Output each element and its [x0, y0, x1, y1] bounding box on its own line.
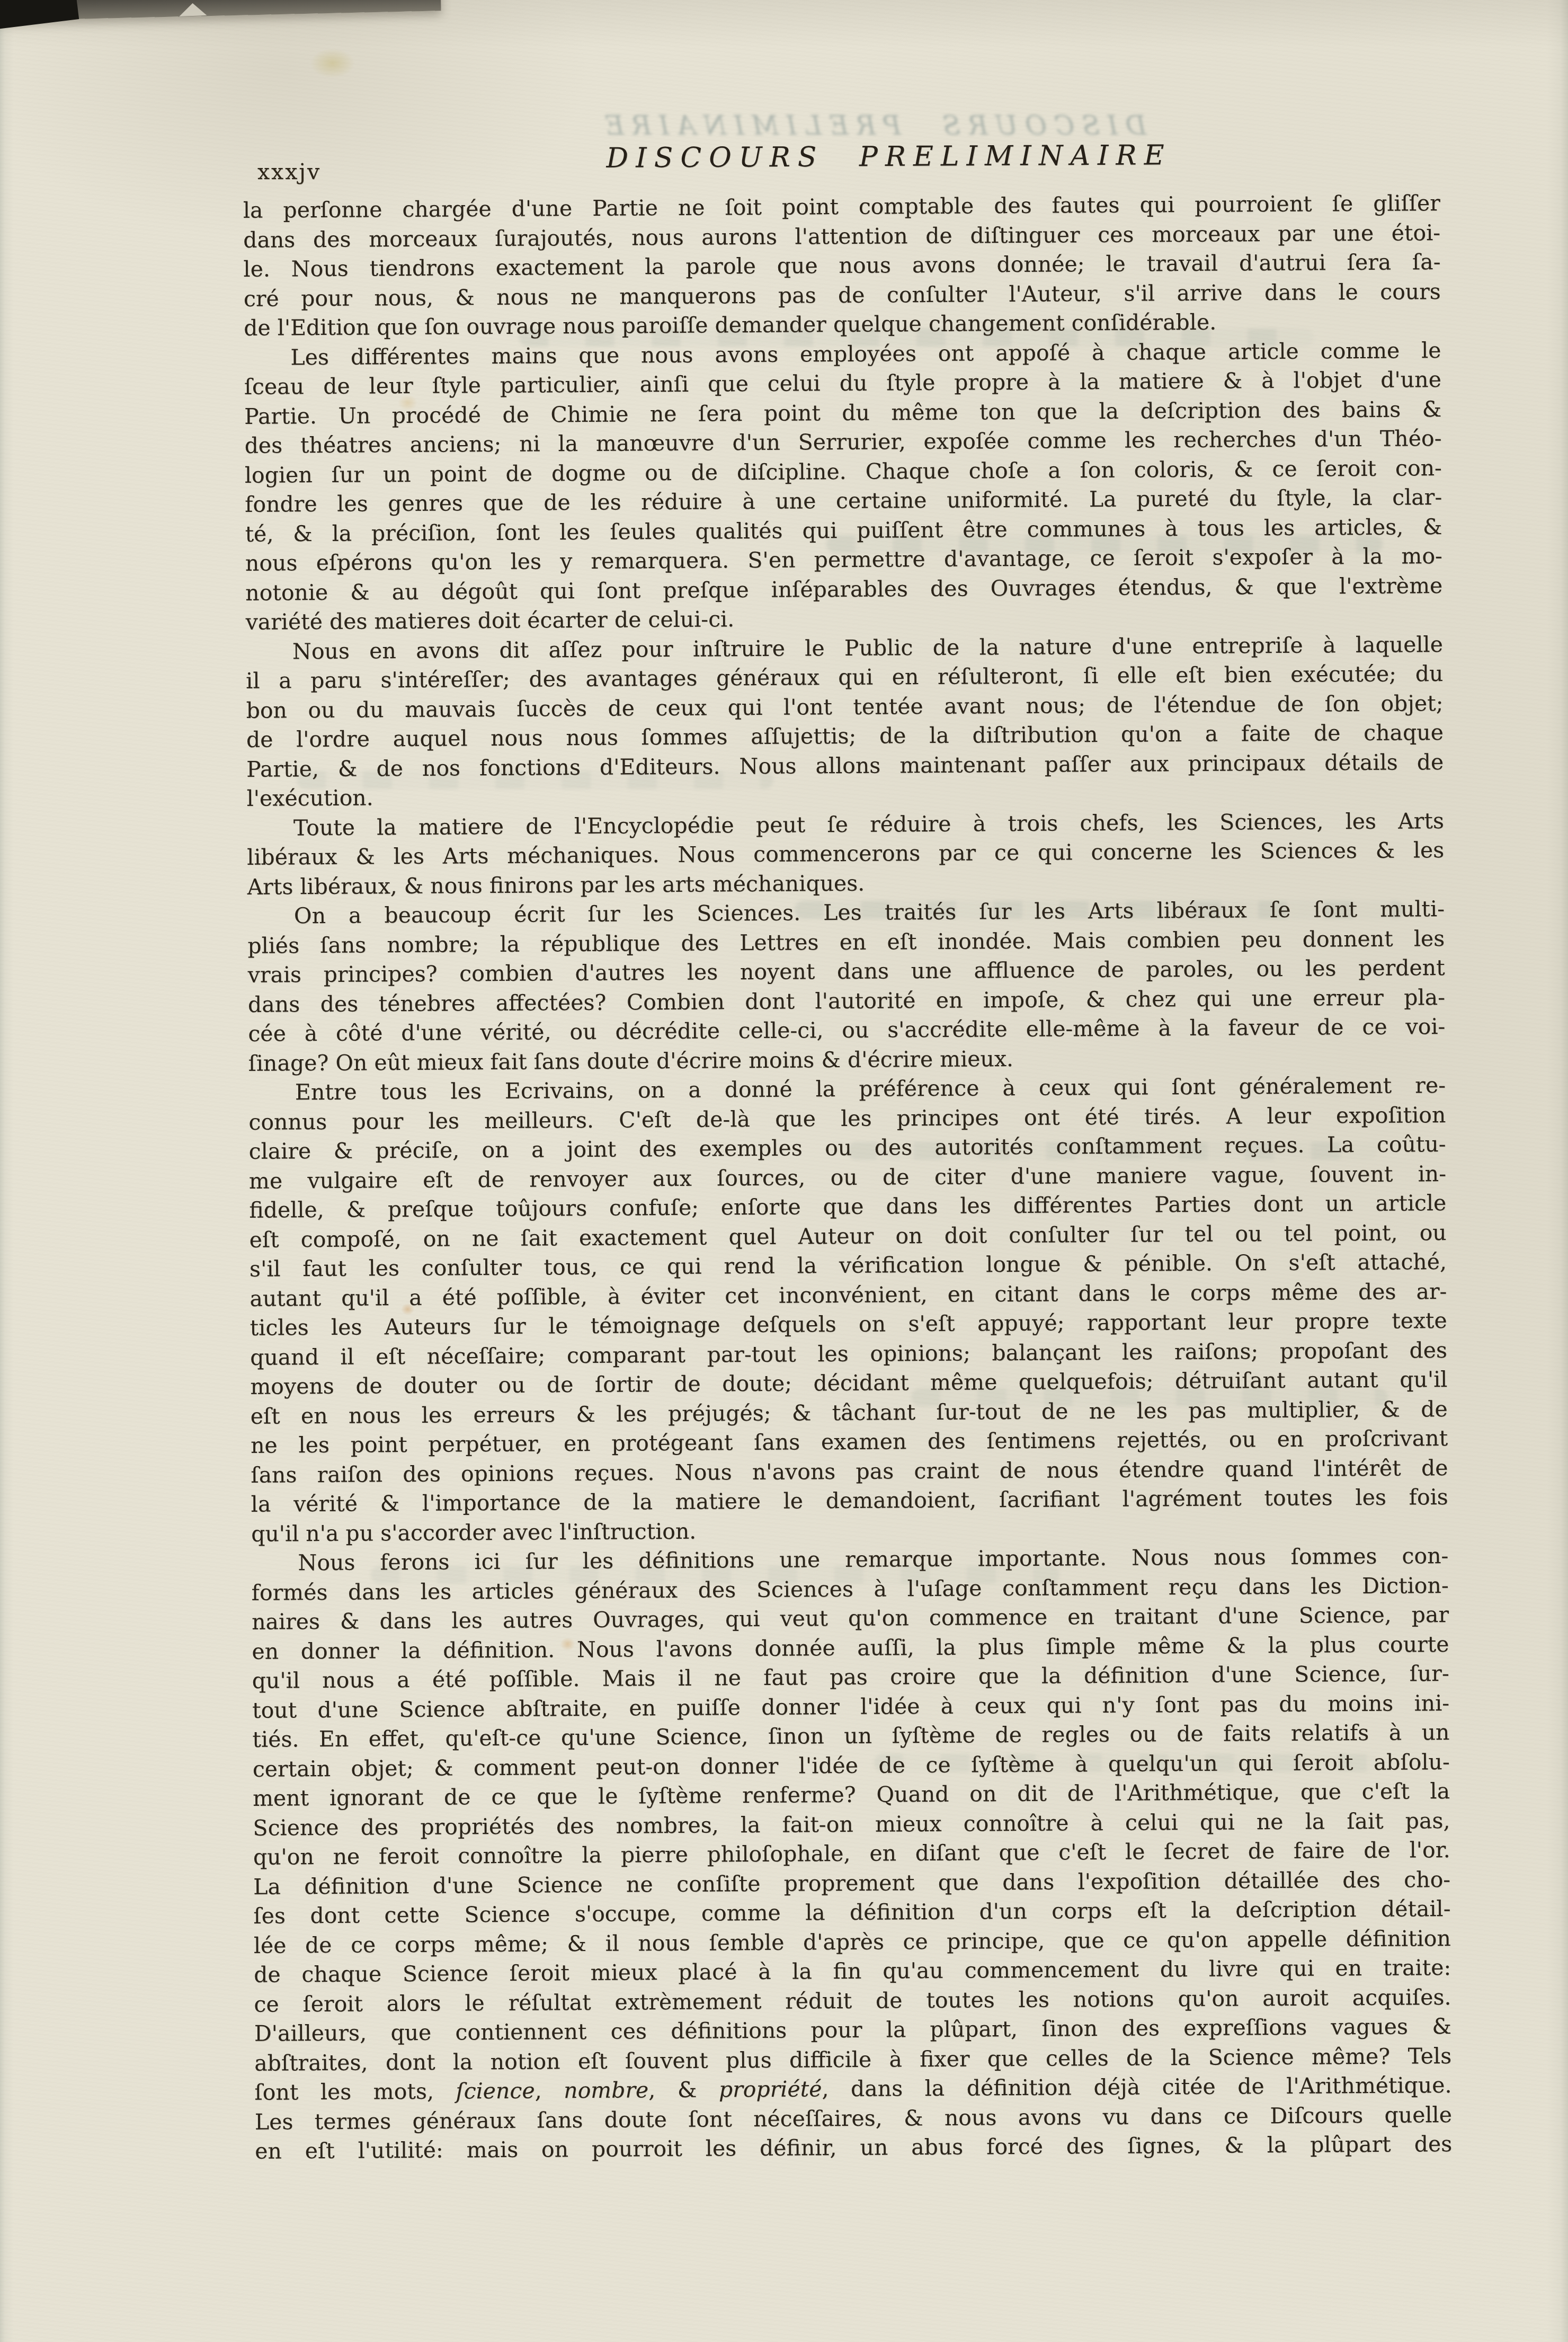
paragraph: Les différentes mains que nous avons emp…	[244, 336, 1442, 637]
book-page-scan: DISCOURS PRELIMINAIRE DISCOURS PRELIMINA…	[0, 0, 1568, 2342]
paragraph: Entre tous les Ecrivains, on a donné la …	[248, 1071, 1448, 1549]
paragraph: On a beaucoup écrit ſur les Sciences. Le…	[247, 894, 1446, 1078]
page-number: xxxjv	[257, 159, 321, 184]
paragraph: Nous en avons dit aſſez pour inſtruire l…	[246, 630, 1444, 814]
paragraph: Nous ferons ici ſur les définitions une …	[251, 1541, 1452, 2166]
bleed-through-title: DISCOURS PRELIMINAIRE	[273, 110, 1471, 141]
paragraph: Toute la matiere de l'Encyclopédie peut …	[247, 806, 1445, 902]
running-title: DISCOURS PRELIMINAIRE	[290, 138, 1487, 176]
fold-notch	[179, 3, 207, 16]
scan-corner-shadow	[0, 0, 79, 30]
text-block: la perſonne chargée d'une Partie ne ſoit…	[243, 189, 1453, 2166]
paragraph: la perſonne chargée d'une Partie ne ſoit…	[243, 189, 1441, 343]
